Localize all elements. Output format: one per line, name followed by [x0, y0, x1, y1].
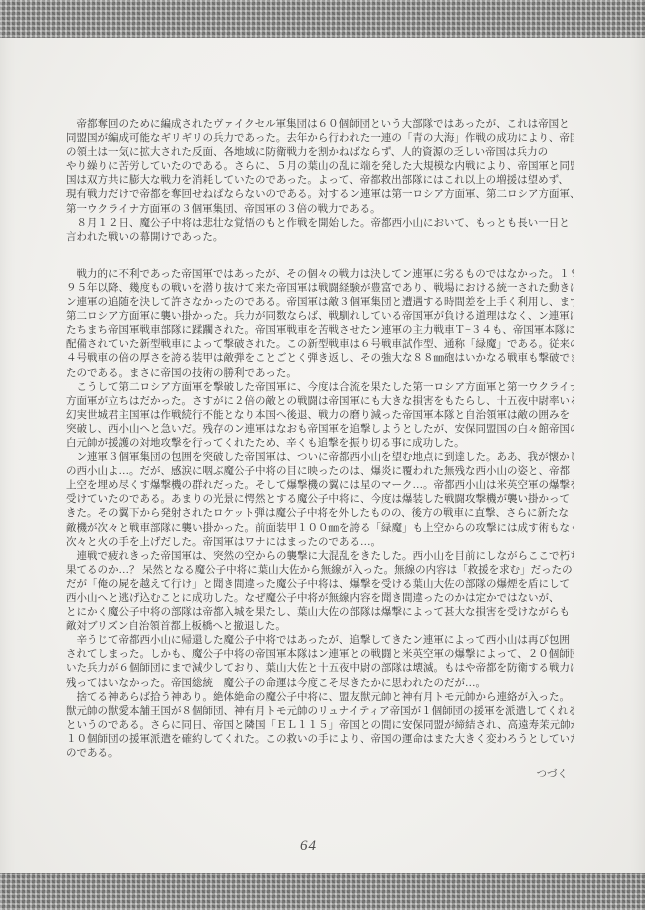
- text-line: 方面軍が立ちはだかった。さすがに２倍の敵との戦闘は帝国軍にも大きな損害をもたらし…: [66, 395, 574, 409]
- text-line: 獣元帥の獣愛本舗王国が８個師団、神有月トモ元帥のリュナイティア帝国が１個師団の援…: [66, 705, 574, 719]
- text-line: きた。その翼下から発射されたロケット弾は魔公子中将を外したものの、後方の戦車に直…: [66, 507, 574, 521]
- to-be-continued-label: つづく: [66, 768, 574, 782]
- text-line: 捨てる神あらば拾う神あり。絶体絶命の魔公子中将に、盟友獣元帥と神有月トモ元帥から…: [66, 691, 574, 705]
- scanned-book-page: 帝都奪回のために編成されたヴァイクセル軍集団は６０個師団という大部隊ではあったが…: [0, 0, 645, 910]
- text-line: 受けていたのである。あまりの光景に愕然とする魔公子中将に、今度は爆装した戦闘攻撃…: [66, 493, 574, 507]
- text-line: 白元帥が援護の対地攻撃を行ってくれたため、辛くも追撃を振り切る事に成功した。: [66, 437, 574, 451]
- text-line: 配備されていた新型戦車によって撃破された。この新型戦車は６号戦車試作型、通称「緑…: [66, 338, 574, 352]
- text-line: とにかく魔公子中将の部隊は帝都入城を果たし、葉山大佐の部隊は爆撃によって甚大な損…: [66, 606, 574, 620]
- text-line: 西小山へと逃げ込むことに成功した。なぜ魔公子中将が無線内容を聞き間違ったのかは定…: [66, 592, 574, 606]
- text-line: 敵機が次々と戦車部隊に襲い掛かった。前面装甲１００㎜を誇る「緑魔」も上空からの攻…: [66, 522, 574, 536]
- text-line: 同盟国が編成可能なギリギリの兵力であった。去年から行われた一連の「青の大海」作戦…: [66, 132, 574, 146]
- text-line: 戦力的に不利であった帝国軍ではあったが、その個々の戦力は決してン連軍に劣るもので…: [66, 268, 574, 282]
- text-line: こうして第二ロシア方面軍を撃破した帝国軍に、今度は合流を果たした第一ロシア方面軍…: [66, 381, 574, 395]
- text-line: いた兵力が６個師団にまで減少しており、葉山大佐と十五夜中尉の部隊は壊滅。もはや帝…: [66, 662, 574, 676]
- text-line: 次々と火の手を上げだした。帝国軍はワナにはまったのである…。: [66, 536, 574, 550]
- text-line: 残ってはいなかった。帝国総統 魔公子の命運は今度こそ尽きたかに思われたのだが…。: [66, 677, 574, 691]
- text-line: の西小山よ…。だが、感涙に咽ぶ魔公子中将の目に映ったのは、爆炎に覆われた無残な西…: [66, 465, 574, 479]
- text-line: 辛うじて帝都西小山に帰還した魔公子中将ではあったが、追撃してきたン連軍によって西…: [66, 634, 574, 648]
- text-line: 突破し、西小山へと急いだ。残存のン連軍はなおも帝国軍を追撃しようとしたが、安保同…: [66, 423, 574, 437]
- text-line: 第一ウクライナ方面軍の３個軍集団、帝国軍の３倍の戦力である。: [66, 203, 574, 217]
- text-line: というのである。さらに同日、帝国と隣国「ＥＬ１１５」帝国との間に安保同盟が締結さ…: [66, 719, 574, 733]
- text-line: 第二ロシア方面軍に襲い掛かった。兵力が同数ならば、戦馴れしている帝国軍が負ける道…: [66, 310, 574, 324]
- text-line: ９５年以降、幾度もの戦いを潜り抜けて来た帝国軍は戦闘経験が豊富であり、戦場におけ…: [66, 282, 574, 296]
- text-line: たのである。まさに帝国の技術の勝利であった。: [66, 367, 574, 381]
- text-line: 敵対ブリズン自治領首都上板橋へと撤退した。: [66, 620, 574, 634]
- text-line: ８月１２日、魔公子中将は悲壮な覚悟のもと作戦を開始した。帝都西小山において、もっ…: [66, 217, 574, 231]
- story-paragraph-2: 戦力的に不利であった帝国軍ではあったが、その個々の戦力は決してン連軍に劣るもので…: [66, 268, 574, 761]
- story-paragraph-1: 帝都奪回のために編成されたヴァイクセル軍集団は６０個師団という大部隊ではあったが…: [66, 118, 574, 245]
- text-line: ン連軍の追随を決して許さなかったのである。帝国軍は敵３個軍集団と遭遇する時間差を…: [66, 296, 574, 310]
- text-line: たちまち帝国軍戦車部隊に蹂躙された。帝国軍戦車を苦戦させたン連軍の主力戦車Ｔ−３…: [66, 324, 574, 338]
- text-line: ン連軍３個軍集団の包囲を突破した帝国軍は、ついに帝都西小山を望む地点に到達した。…: [66, 451, 574, 465]
- story-text-block: 帝都奪回のために編成されたヴァイクセル軍集団は６０個師団という大部隊ではあったが…: [66, 118, 574, 782]
- text-line: 連戦で疲れきった帝国軍は、突然の空からの襲撃に大混乱をきたした。西小山を目前にし…: [66, 550, 574, 564]
- text-line: のである。: [66, 747, 574, 761]
- top-fabric-border: [0, 0, 645, 38]
- text-line: だが「俺の屍を越えて行け」と聞き間違った魔公子中将は、爆撃を受ける葉山大佐の部隊…: [66, 578, 574, 592]
- text-line: 国は双方共に膨大な戦力を消耗していたのであった。よって、帝都救出部隊にはこれ以上…: [66, 174, 574, 188]
- text-line: の領土は一気に拡大された反面、各地域に防衛戦力を割かねばならず、人的資源の乏しい…: [66, 146, 574, 160]
- page-number: 64: [0, 838, 631, 855]
- text-line: されてしまった。しかも、魔公子中将の帝国軍本隊はン連軍との戦闘と米英空軍の爆撃に…: [66, 648, 574, 662]
- text-line: 幻実世城君主国軍は作戦続行不能となり本国へ後退、戦力の磨り減った帝国軍本隊と自治…: [66, 409, 574, 423]
- text-line: ４号戦車の倍の厚さを誇る装甲は敵弾をことごとく弾き返し、その強大な８８㎜砲はいか…: [66, 352, 574, 366]
- text-line: 帝都奪回のために編成されたヴァイクセル軍集団は６０個師団という大部隊ではあったが…: [66, 118, 574, 132]
- bottom-fabric-border: [0, 873, 645, 910]
- text-line: 現有戦力だけで帝都を奪回せねばならないのである。対するン連軍は第一ロシア方面軍、…: [66, 188, 574, 202]
- text-line: やり繰りに苦労していたのである。さらに、５月の葉山の乱に端を発した大規模な内戦に…: [66, 160, 574, 174]
- text-line: 果てるのか…？ 呆然となる魔公子中将に葉山大佐から無線が入った。無線の内容は「救…: [66, 564, 574, 578]
- text-line: 言われた戦いの幕開けであった。: [66, 231, 574, 245]
- text-line: 上空を埋め尽くす爆撃機の群れだった。そして爆撃機の翼には星のマーク…。帝都西小山…: [66, 479, 574, 493]
- text-line: １０個師団の援軍派遣を確約してくれた。この救いの手により、帝国の運命はまた大きく…: [66, 733, 574, 747]
